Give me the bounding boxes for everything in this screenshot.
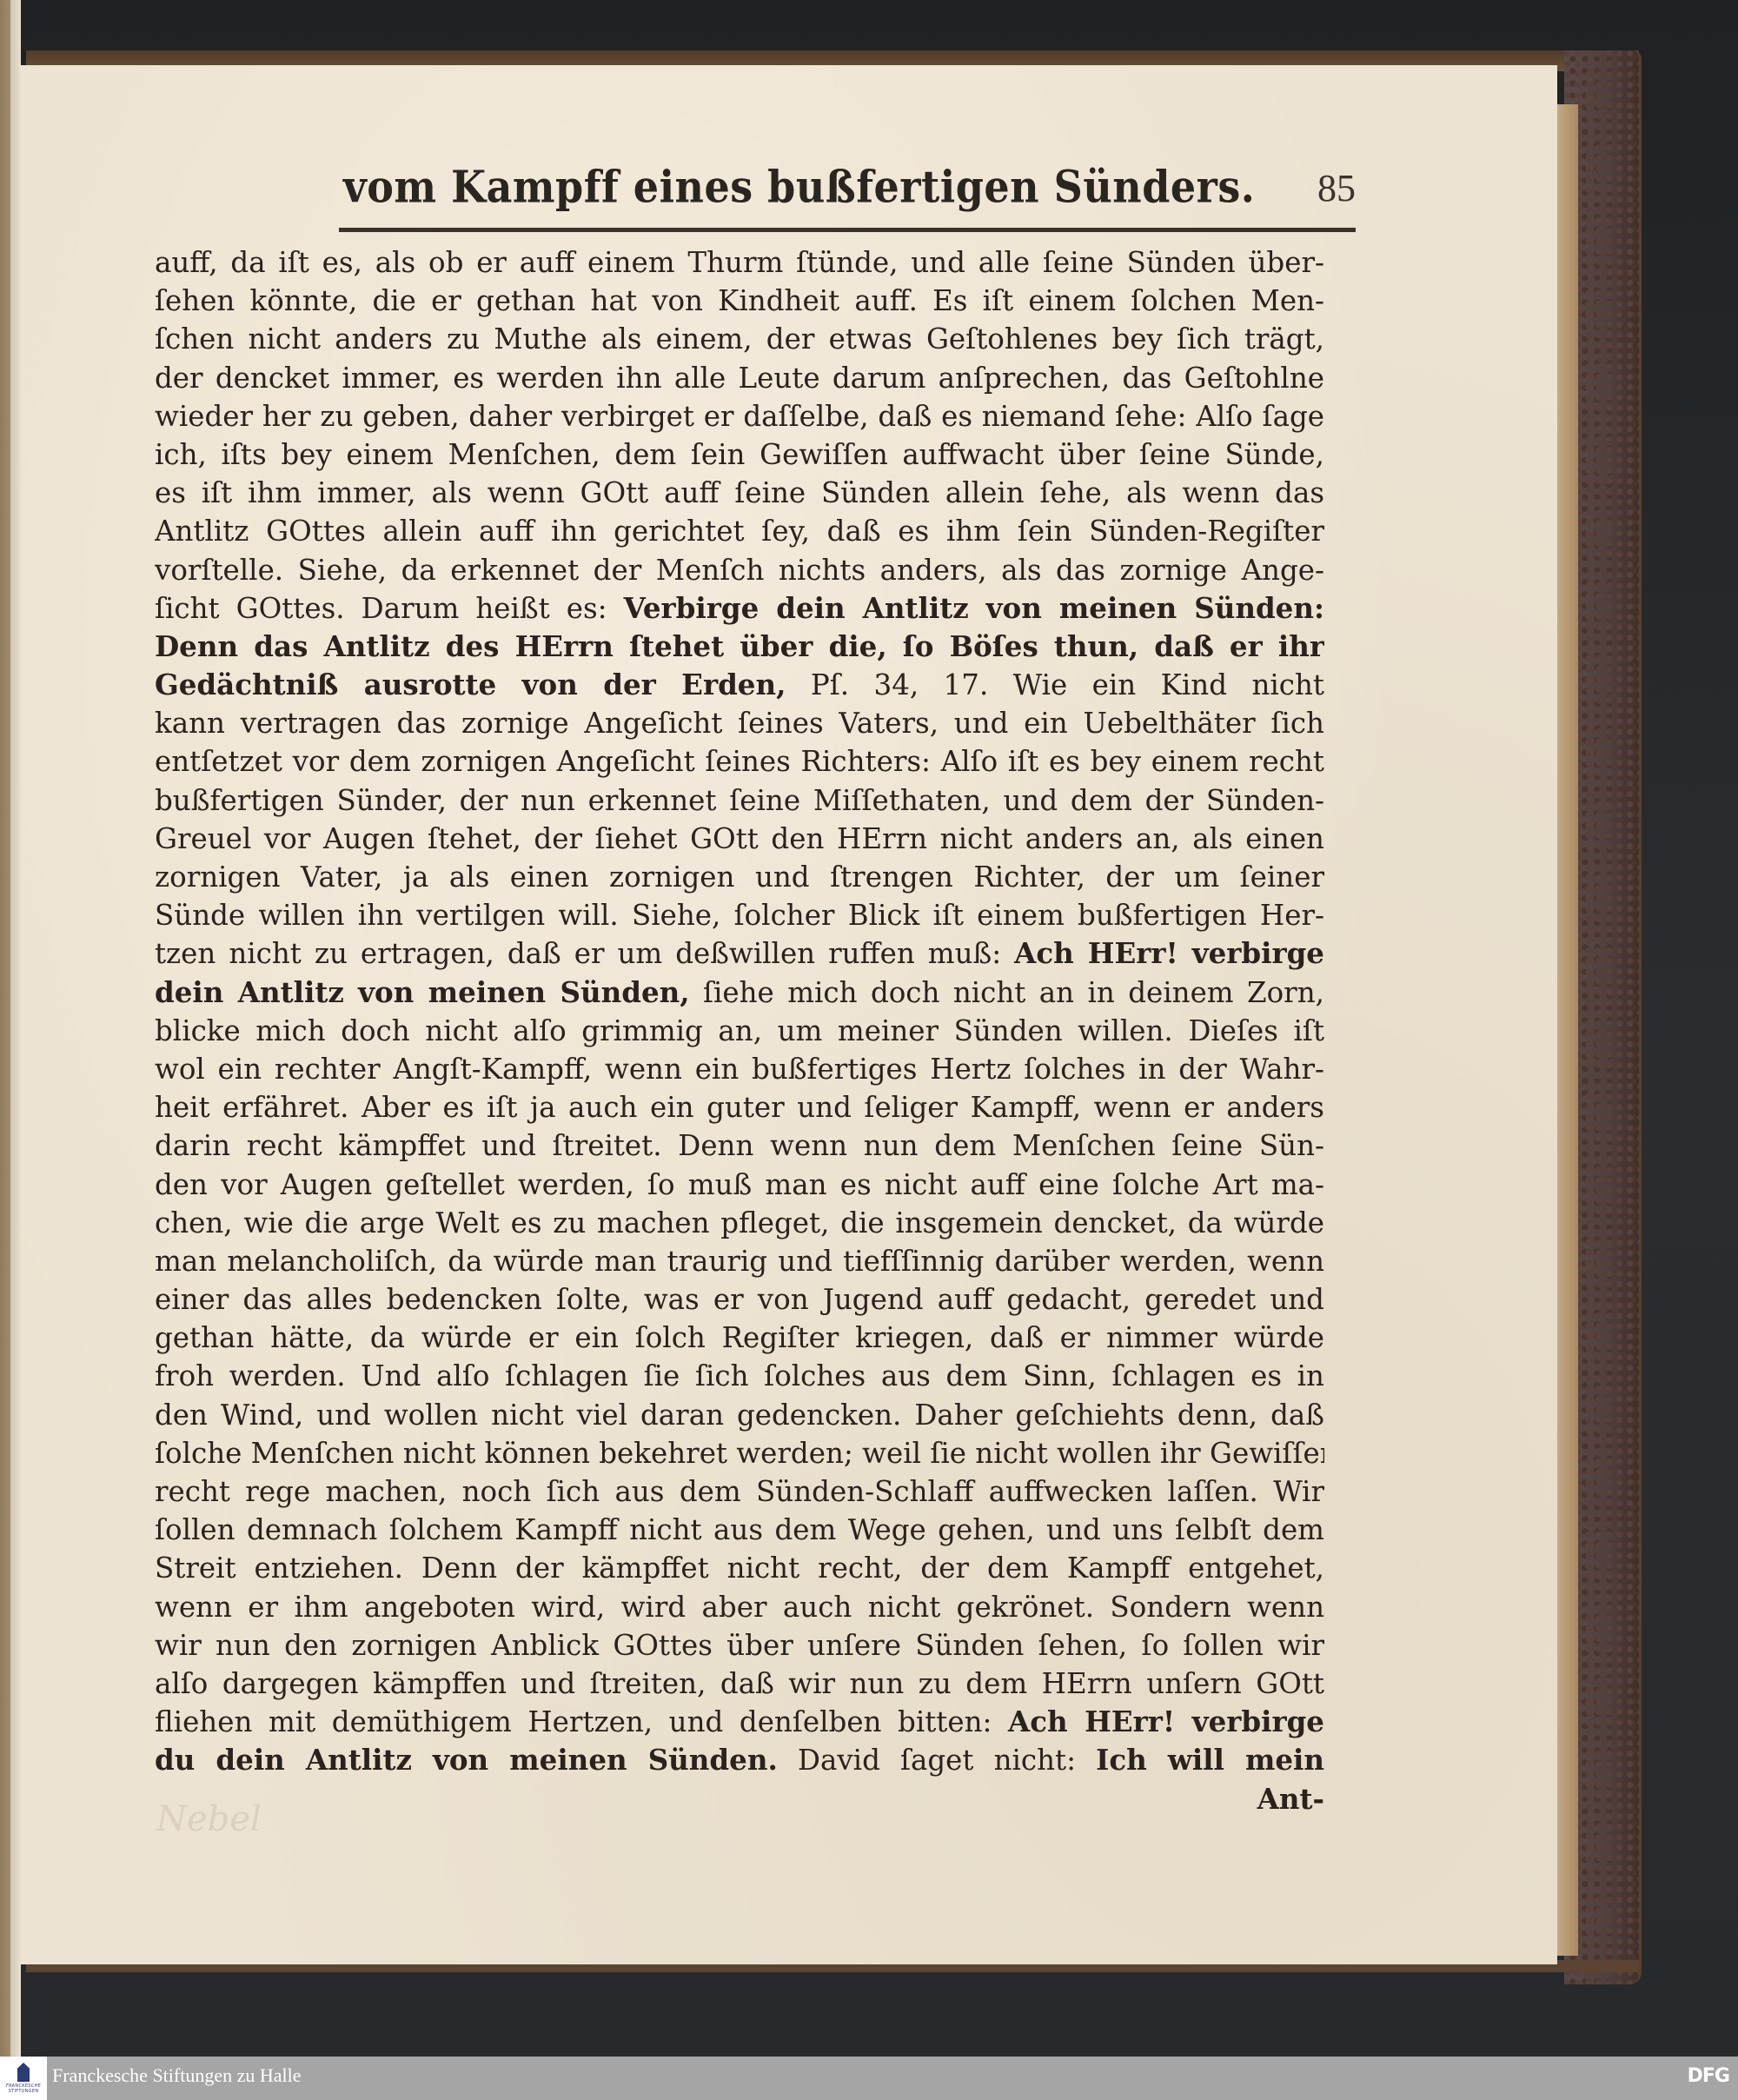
text-segment: recht rege machen, noch ſich aus dem Sün… — [155, 1475, 1324, 1508]
text-line: Sünde willen ihn vertilgen will. Siehe, … — [155, 896, 1324, 934]
text-line: dein Antlitz von meinen Sünden, ſiehe mi… — [155, 974, 1324, 1012]
dfg-logo[interactable]: DFG — [1688, 2065, 1729, 2087]
text-segment: auff, da iſt es, als ob er auff einem Th… — [155, 246, 1324, 279]
text-line: auff, da iſt es, als ob er auff einem Th… — [155, 243, 1324, 282]
emphasized-scripture: Denn das Antlitz des HErrn ſtehet über d… — [155, 629, 1324, 663]
text-line: ſollen demnach ſolchem Kampff nicht aus … — [155, 1511, 1324, 1549]
text-line: einer das alles bedencken ſolte, was er … — [155, 1280, 1324, 1319]
text-line: wir nun den zornigen Anblick GOttes über… — [155, 1626, 1324, 1665]
text-segment: es iſt ihm immer, als wenn GOtt auff ſei… — [155, 476, 1324, 509]
text-segment: ſollen demnach ſolchem Kampff nicht aus … — [155, 1513, 1324, 1546]
text-segment: fliehen mit demüthigem Hertzen, und denſ… — [155, 1705, 1008, 1738]
text-line: der dencket immer, es werden ihn alle Le… — [155, 359, 1324, 397]
gutter — [10, 0, 21, 2057]
text-segment: tzen nicht zu ertragen, daß er um deßwil… — [155, 937, 1014, 970]
text-line: entſetzet vor dem zornigen Angeſicht ſei… — [155, 742, 1324, 781]
text-segment: bußfertigen Sünder, der nun erkennet ſei… — [155, 784, 1324, 817]
text-line: vorſtelle. Siehe, da erkennet der Menſch… — [155, 551, 1324, 589]
show-through-text: Nebel — [156, 1799, 262, 1839]
text-segment: Streit entziehen. Denn der kämpffet nich… — [155, 1552, 1324, 1585]
header-rule — [339, 228, 1356, 232]
text-segment: den Wind, und wollen nicht viel daran ge… — [155, 1399, 1324, 1432]
emphasized-scripture: Verbirge dein Antlitz von meinen Sünden: — [624, 591, 1324, 625]
text-line: blicke mich doch nicht alſo grimmig an, … — [155, 1012, 1324, 1050]
text-segment: Pſ. 34, 17. Wie ein Kind nicht — [786, 668, 1324, 701]
text-line: den Wind, und wollen nicht viel daran ge… — [155, 1396, 1324, 1434]
text-segment: ſicht GOttes. Darum heißt es: — [155, 592, 624, 625]
text-segment: froh werden. Und alſo ſchlagen ſie ſich … — [155, 1359, 1324, 1392]
emphasized-scripture: dein Antlitz von meinen Sünden, — [155, 975, 690, 1009]
text-line: man melancholiſch, da würde man traurig … — [155, 1242, 1324, 1280]
emphasized-scripture: Ach HErr! verbirge — [1014, 936, 1324, 970]
text-segment: heit erfähret. Aber es iſt ja auch ein g… — [155, 1091, 1324, 1124]
text-line: alſo dargegen kämpffen und ſtreiten, daß… — [155, 1665, 1324, 1703]
text-segment: blicke mich doch nicht alſo grimmig an, … — [155, 1014, 1324, 1047]
text-segment: Antlitz GOttes allein auff ihn gerichtet… — [155, 515, 1324, 548]
text-segment: ſolche Menſchen nicht können bekehret we… — [155, 1437, 1324, 1470]
text-line: Antlitz GOttes allein auff ihn gerichtet… — [155, 512, 1324, 550]
text-line: wol ein rechter Angſt-Kampff, wenn ein b… — [155, 1050, 1324, 1088]
text-segment: wir nun den zornigen Anblick GOttes über… — [155, 1629, 1324, 1662]
text-line: darin recht kämpffet und ſtreitet. Denn … — [155, 1126, 1324, 1165]
text-line: recht rege machen, noch ſich aus dem Sün… — [155, 1472, 1324, 1511]
text-line: ſicht GOttes. Darum heißt es: Verbirge d… — [155, 589, 1324, 628]
text-segment: chen, wie die arge Welt es zu machen pfl… — [155, 1206, 1324, 1239]
text-line: kann vertragen das zornige Angeſicht ſei… — [155, 704, 1324, 742]
text-line: ſchen nicht anders zu Muthe als einem, d… — [155, 320, 1324, 358]
text-segment: wieder her zu geben, daher verbirget er … — [155, 400, 1324, 433]
text-line: ich, iſts bey einem Menſchen, dem ſein G… — [155, 435, 1324, 474]
text-segment: entſetzet vor dem zornigen Angeſicht ſei… — [155, 745, 1324, 778]
text-segment: Sünde willen ihn vertilgen will. Siehe, … — [155, 899, 1324, 932]
text-segment: darin recht kämpffet und ſtreitet. Denn … — [155, 1129, 1324, 1162]
emphasized-scripture: Ach HErr! verbirge — [1008, 1705, 1324, 1738]
text-line: chen, wie die arge Welt es zu machen pfl… — [155, 1204, 1324, 1242]
text-segment: ſehen könnte, die er gethan hat von Kind… — [155, 284, 1324, 317]
text-line: gethan hätte, da würde er ein ſolch Regi… — [155, 1319, 1324, 1357]
text-segment: alſo dargegen kämpffen und ſtreiten, daß… — [155, 1667, 1324, 1700]
emphasized-scripture: Ich will mein — [1096, 1743, 1324, 1777]
emphasized-scripture: du dein Antlitz von meinen Sünden. — [155, 1743, 778, 1777]
text-line: den vor Augen geſtellet werden, ſo muß m… — [155, 1166, 1324, 1204]
institution-name: Franckesche Stiftungen zu Halle — [52, 2064, 302, 2087]
institution-logo[interactable]: FRANCKESCHE STIFTUNGEN — [0, 2057, 47, 2100]
page-number: 85 — [1317, 166, 1356, 210]
text-segment: kann vertragen das zornige Angeſicht ſei… — [155, 707, 1324, 740]
text-line: froh werden. Und alſo ſchlagen ſie ſich … — [155, 1357, 1324, 1395]
text-segment: man melancholiſch, da würde man traurig … — [155, 1245, 1324, 1278]
running-title: vom Kampff eines bußfertigen Sünders. — [343, 161, 1255, 212]
text-segment: wol ein rechter Angſt-Kampff, wenn ein b… — [155, 1053, 1324, 1086]
text-segment: einer das alles bedencken ſolte, was er … — [155, 1283, 1324, 1316]
text-segment: zornigen Vater, ja als einen zornigen un… — [155, 861, 1324, 894]
logo-label-2: STIFTUNGEN — [6, 2089, 41, 2094]
text-line: zornigen Vater, ja als einen zornigen un… — [155, 858, 1324, 896]
text-segment: vorſtelle. Siehe, da erkennet der Menſch… — [155, 554, 1324, 587]
text-segment: David ſaget nicht: — [778, 1744, 1096, 1777]
facing-page-edge — [0, 0, 10, 2057]
text-line: du dein Antlitz von meinen Sünden. David… — [155, 1741, 1324, 1779]
text-line: Ant- — [155, 1780, 1324, 1818]
text-line: Greuel vor Augen ſtehet, der ſiehet GOtt… — [155, 820, 1324, 858]
text-segment: ſiehe mich doch nicht an in deinem Zorn, — [690, 976, 1324, 1009]
text-segment: ich, iſts bey einem Menſchen, dem ſein G… — [155, 438, 1324, 471]
body-text: auff, da iſt es, als ob er auff einem Th… — [155, 243, 1324, 1818]
page-block-edge — [1556, 104, 1578, 1956]
text-line: bußfertigen Sünder, der nun erkennet ſei… — [155, 781, 1324, 820]
text-segment: den vor Augen geſtellet werden, ſo muß m… — [155, 1168, 1324, 1201]
text-segment: Greuel vor Augen ſtehet, der ſiehet GOtt… — [155, 822, 1324, 855]
running-head: vom Kampff eines bußfertigen Sünders. 85 — [343, 163, 1356, 216]
text-line: heit erfähret. Aber es iſt ja auch ein g… — [155, 1088, 1324, 1126]
footer-bar: FRANCKESCHE STIFTUNGEN Franckesche Stift… — [0, 2057, 1738, 2100]
text-line: ſolche Menſchen nicht können bekehret we… — [155, 1434, 1324, 1472]
text-line: fliehen mit demüthigem Hertzen, und denſ… — [155, 1703, 1324, 1741]
text-line: es iſt ihm immer, als wenn GOtt auff ſei… — [155, 474, 1324, 512]
text-line: wenn er ihm angeboten wird, wird aber au… — [155, 1588, 1324, 1626]
text-line: Gedächtniß ausrotte von der Erden, Pſ. 3… — [155, 666, 1324, 704]
text-segment: gethan hätte, da würde er ein ſolch Regi… — [155, 1321, 1324, 1354]
text-segment: wenn er ihm angeboten wird, wird aber au… — [155, 1591, 1324, 1624]
text-segment: der dencket immer, es werden ihn alle Le… — [155, 362, 1324, 395]
text-segment: ſchen nicht anders zu Muthe als einem, d… — [155, 322, 1324, 356]
text-line: tzen nicht zu ertragen, daß er um deßwil… — [155, 934, 1324, 973]
francke-logo-icon — [17, 2063, 30, 2082]
text-line: Denn das Antlitz des HErrn ſtehet über d… — [155, 628, 1324, 666]
text-line: ſehen könnte, die er gethan hat von Kind… — [155, 282, 1324, 320]
emphasized-scripture: Ant- — [1257, 1782, 1324, 1816]
emphasized-scripture: Gedächtniß ausrotte von der Erden, — [155, 668, 786, 701]
text-line: wieder her zu geben, daher verbirget er … — [155, 397, 1324, 435]
text-line: Streit entziehen. Denn der kämpffet nich… — [155, 1549, 1324, 1587]
